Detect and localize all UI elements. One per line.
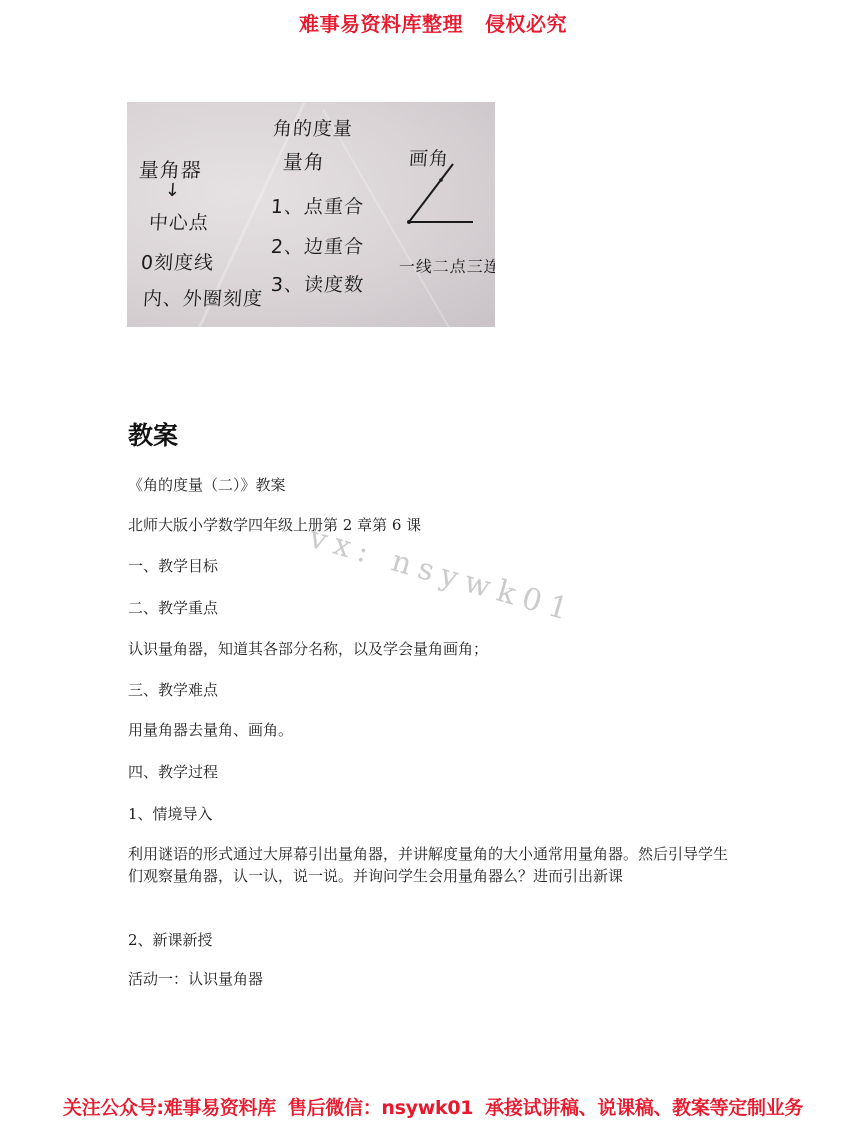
note-inner-outer-scale: 内、外圈刻度 bbox=[142, 284, 264, 311]
note-step-1: 1、点重合 bbox=[270, 192, 365, 219]
intro-text: 利用谜语的形式通过大屏幕引出量角器，并讲解度量角的大小通常用量角器。然后引导学生… bbox=[128, 843, 740, 887]
section-heading-process: 四、教学过程 bbox=[128, 761, 218, 783]
section-heading-key-points: 二、教学重点 bbox=[128, 597, 218, 619]
activity-one-heading: 活动一：认识量角器 bbox=[128, 968, 263, 990]
note-step-2: 2、边重合 bbox=[270, 232, 365, 259]
footer-support-wechat: 售后微信：nsywk01 bbox=[288, 1097, 473, 1119]
header-source-label: 难事易资料库整理 bbox=[299, 12, 463, 36]
section-heading-difficulties: 三、教学难点 bbox=[128, 679, 218, 701]
note-protractor-title: 量角器 bbox=[138, 154, 203, 183]
note-arrow: ↓ bbox=[164, 180, 182, 201]
note-step-3: 3、读度数 bbox=[270, 270, 365, 297]
note-zero-line: 0刻度线 bbox=[140, 248, 215, 275]
drawn-angle-icon bbox=[405, 162, 485, 232]
footer-follow-account: 关注公众号:难事易资料库 bbox=[63, 1097, 276, 1119]
page-title: 教案 bbox=[128, 416, 178, 452]
header-copyright-label: 侵权必究 bbox=[485, 12, 567, 36]
key-points-text: 认识量角器，知道其各部分名称，以及学会量角画角； bbox=[128, 638, 488, 660]
difficulties-text: 用量角器去量角、画角。 bbox=[128, 719, 293, 741]
note-center-point: 中心点 bbox=[148, 208, 210, 235]
footer-banner: 关注公众号:难事易资料库售后微信：nsywk01承接试讲稿、说课稿、教案等定制业… bbox=[0, 1093, 866, 1120]
note-measure-angle: 量角 bbox=[282, 146, 326, 175]
section-heading-objectives: 一、教学目标 bbox=[128, 555, 218, 577]
step-heading-new-lesson: 2、新课新授 bbox=[128, 929, 213, 951]
watermark: vx: nsywk01 bbox=[305, 520, 579, 630]
handwritten-notes-photo: 量角器 ↓ 中心点 0刻度线 内、外圈刻度 角的度量 量角 1、点重合 2、边重… bbox=[127, 102, 495, 327]
step-heading-intro: 1、情境导入 bbox=[128, 803, 213, 825]
note-angle-measure-title: 角的度量 bbox=[272, 114, 354, 141]
course-info: 北师大版小学数学四年级上册第 2 章第 6 课 bbox=[128, 514, 421, 536]
lesson-title: 《角的度量（二）》教案 bbox=[128, 474, 286, 496]
footer-custom-services: 承接试讲稿、说课稿、教案等定制业务 bbox=[485, 1097, 803, 1119]
note-draw-steps: 一线二点三连 bbox=[398, 254, 495, 277]
header-banner: 难事易资料库整理侵权必究 bbox=[0, 8, 866, 37]
